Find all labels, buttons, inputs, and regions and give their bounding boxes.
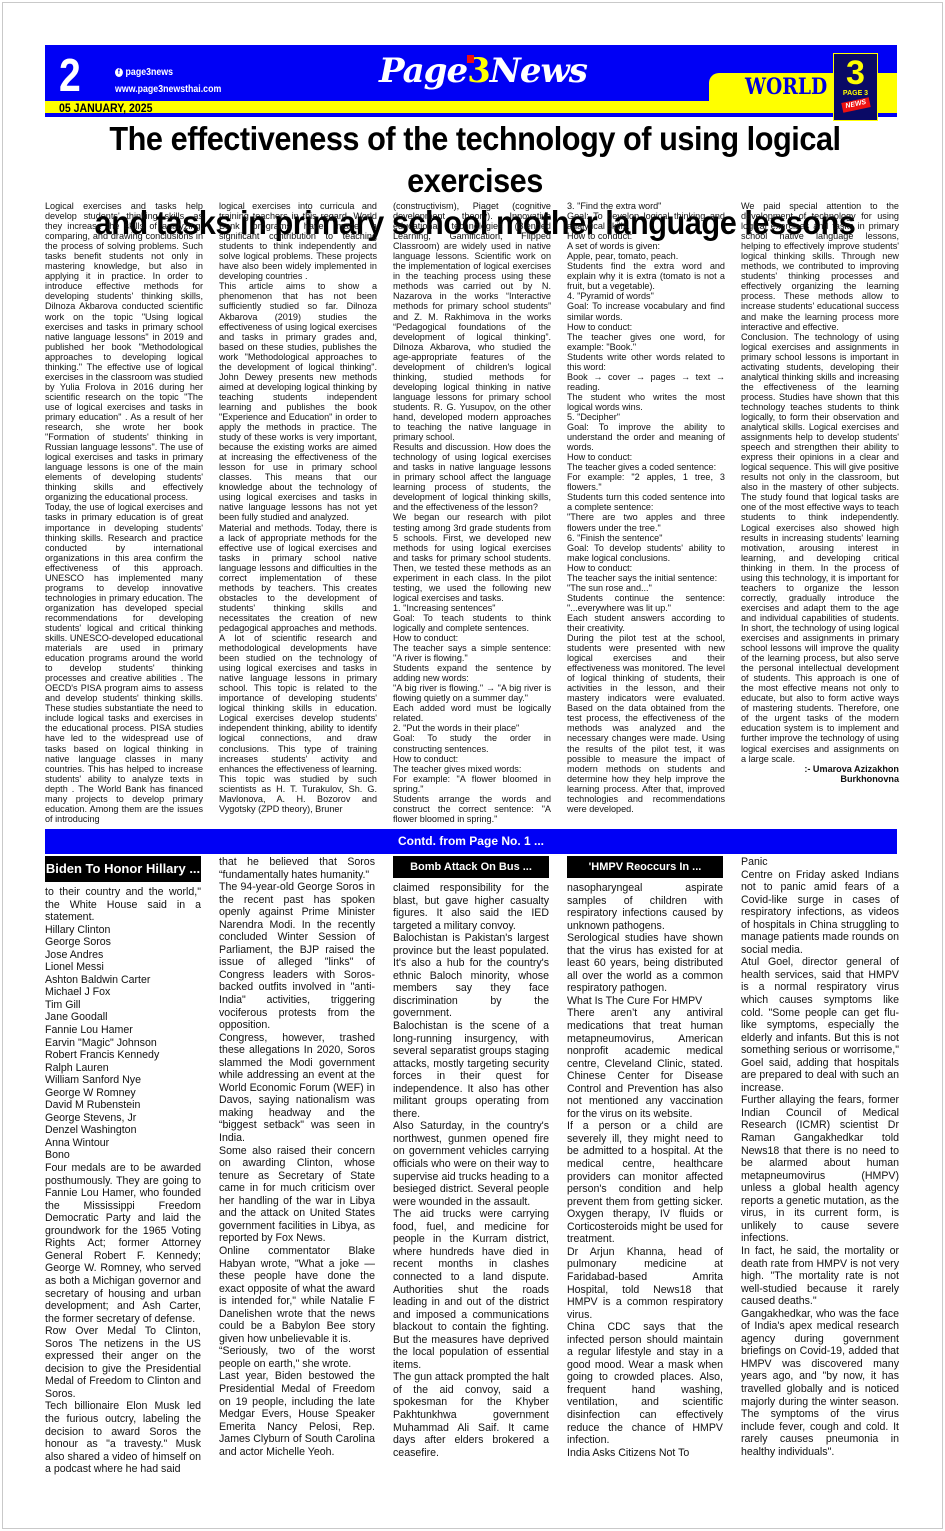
paragraph: For example: "A flower bloomed in spring…: [393, 774, 551, 794]
honoree: William Sanford Nye: [45, 1074, 201, 1087]
headline-line-1: The effectiveness of the technology of u…: [109, 120, 840, 199]
paragraph: Tech billionaire Elon Musk led the furio…: [45, 1400, 201, 1475]
honoree: Lionel Messi: [45, 961, 201, 974]
paragraph: Goal: To develop students' ability to ma…: [567, 543, 725, 563]
paragraph: Goal: To develop logical thinking and an…: [567, 211, 725, 231]
paragraph: Goal: To study the order in constructing…: [393, 733, 551, 753]
byline-name: :- Umarova Azizakhon: [741, 764, 899, 774]
paragraph: The 94-year-old George Soros in the rece…: [219, 881, 375, 1032]
paragraph: Students expand the sentence by adding n…: [393, 663, 551, 683]
paragraph: How to conduct:: [567, 322, 725, 332]
continued-stories: Biden To Honor Hillary ... to their coun…: [45, 856, 903, 1516]
paragraph: Balochistan is the scene of a long-runni…: [393, 1020, 549, 1120]
page-number: 2: [59, 49, 81, 101]
paragraph: A set of words is given:: [567, 241, 725, 251]
paragraph: Goal: To teach students to think logical…: [393, 613, 551, 633]
paragraph: Congress, however, trashed these allegat…: [219, 1032, 375, 1145]
paragraph: 4. "Pyramid of words": [567, 291, 725, 301]
paragraph: logical exercises into curricula and tra…: [219, 201, 377, 281]
honoree: Ralph Lauren: [45, 1062, 201, 1075]
paragraph: "There are two apples and three flowers …: [567, 512, 725, 532]
paragraph: Dr Arjun Khanna, head of pulmonary medic…: [567, 1246, 723, 1321]
paragraph: Goal: To increase vocabulary and find si…: [567, 301, 725, 321]
subheading: Panic: [741, 856, 899, 869]
paragraph: that he believed that Soros “fundamental…: [219, 856, 375, 881]
paragraph: Four medals are to be awarded posthumous…: [45, 1162, 201, 1325]
paragraph: The student who writes the most logical …: [567, 392, 725, 412]
paragraph: If a person or a child are severely ill,…: [567, 1120, 723, 1245]
paragraph: How to conduct:: [393, 633, 551, 643]
hmpv-story-kicker[interactable]: 'HMPV Reoccurs In ...: [567, 856, 723, 878]
paragraph: “Seriously, two of the worst people on e…: [219, 1345, 375, 1370]
paragraph: 3. "Find the extra word": [567, 201, 725, 211]
paragraph: Centre on Friday asked Indians not to pa…: [741, 869, 899, 957]
paragraph: Logical exercises and tasks help develop…: [45, 201, 203, 502]
biden-story-column-1: Biden To Honor Hillary ... to their coun…: [45, 856, 201, 1476]
masthead: 2 fpage3news www.page3newsthai.com 05 JA…: [45, 45, 897, 117]
paragraph: Students find the extra word and explain…: [567, 261, 725, 291]
paragraph: nasopharyngeal aspirate samples of child…: [567, 882, 723, 932]
paragraph: How to conduct:: [567, 563, 725, 573]
paragraph: Book → cover → pages → text → reading.: [567, 372, 725, 392]
article-column-5: We paid special attention to the develop…: [741, 201, 899, 784]
paragraph: How to conduct:: [393, 754, 551, 764]
paragraph: The teacher says a simple sentence: "A r…: [393, 643, 551, 663]
paragraph: 1. "Increasing sentences": [393, 603, 551, 613]
badge-text: PAGE 3: [834, 90, 877, 97]
honoree: Fannie Lou Hamer: [45, 1024, 201, 1037]
paragraph: In fact, he said, the mortality or death…: [741, 1245, 899, 1308]
bomb-story-column: Bomb Attack On Bus ... claimed responsib…: [393, 856, 549, 1459]
logo-part2: News: [490, 51, 587, 91]
honoree: David M Rubenstein: [45, 1099, 201, 1112]
paragraph: The teacher gives mixed words:: [393, 764, 551, 774]
article-body: Logical exercises and tasks help develop…: [45, 201, 903, 826]
paragraph: (constructivism), Piaget (cognitive deve…: [393, 201, 551, 442]
section-label: WORLD: [745, 72, 827, 102]
paragraph: claimed responsibility for the blast, bu…: [393, 882, 549, 932]
paragraph: 5. "Decipher": [567, 412, 725, 422]
logo-three: 3: [467, 51, 490, 91]
hmpv-story-column-1: 'HMPV Reoccurs In ... nasopharyngeal asp…: [567, 856, 723, 1459]
bomb-story-kicker[interactable]: Bomb Attack On Bus ...: [393, 856, 549, 878]
honoree: George Stevens, Jr: [45, 1112, 201, 1125]
paragraph: 2. "Put the words in their place": [393, 723, 551, 733]
paragraph: Each student answers according to their …: [567, 613, 725, 633]
paragraph: Students continue the sentence: "...ever…: [567, 593, 725, 613]
paragraph: Material and methods. Today, there is a …: [219, 523, 377, 814]
article-column-3: (constructivism), Piaget (cognitive deve…: [393, 201, 551, 824]
paragraph: Last year, Biden bestowed the Presidenti…: [219, 1370, 375, 1458]
paragraph: "The sun rose and...": [567, 583, 725, 593]
honoree: Robert Francis Kennedy: [45, 1049, 201, 1062]
article-column-1: Logical exercises and tasks help develop…: [45, 201, 203, 824]
paragraph: There aren’t any antiviral medications t…: [567, 1007, 723, 1120]
paragraph: During the pilot test at the school, stu…: [567, 633, 725, 814]
honoree: Earvin "Magic" Johnson: [45, 1037, 201, 1050]
issue-date: 05 JANUARY, 2025: [59, 101, 153, 115]
paragraph: Some also raised their concern on awardi…: [219, 1145, 375, 1245]
honoree: Hillary Clinton: [45, 924, 201, 937]
article-column-4: 3. "Find the extra word" Goal: To develo…: [567, 201, 725, 814]
honoree: Michael J Fox: [45, 986, 201, 999]
badge-news: NEWS: [841, 97, 870, 113]
honoree: Bono: [45, 1149, 201, 1162]
social-handle[interactable]: fpage3news: [115, 67, 173, 78]
honoree: Anna Wintour: [45, 1137, 201, 1150]
paragraph: Atul Goel, director general of health se…: [741, 956, 899, 1094]
social-handle-text: page3news: [126, 67, 173, 78]
website-link[interactable]: www.page3newsthai.com: [115, 84, 221, 95]
newspaper-logo[interactable]: Page3News: [379, 49, 587, 93]
paragraph: Students turn this coded sentence into a…: [567, 492, 725, 512]
paragraph: to their country and the world," the Whi…: [45, 886, 201, 924]
paragraph: Row Over Medal To Clinton, Soros The net…: [45, 1325, 201, 1400]
paragraph: We began our research with pilot testing…: [393, 512, 551, 602]
continued-from-page-banner: Contd. from Page No. 1 ...: [45, 829, 897, 854]
paragraph: Goal: To improve the ability to understa…: [567, 422, 725, 452]
byline-surname: Burkhonovna: [741, 774, 899, 784]
paragraph: "A big river is flowing." → "A big river…: [393, 683, 551, 703]
subheading: India Asks Citizens Not To: [567, 1447, 723, 1460]
paragraph: The teacher gives a coded sentence:: [567, 462, 725, 472]
article-column-2: logical exercises into curricula and tra…: [219, 201, 377, 814]
biden-story-kicker[interactable]: Biden To Honor Hillary ...: [45, 856, 201, 882]
paragraph: Conclusion. The technology of using logi…: [741, 332, 899, 764]
honoree: Tim Gill: [45, 999, 201, 1012]
paragraph: How to conduct:: [567, 231, 725, 241]
paragraph: Students arrange the words and construct…: [393, 794, 551, 824]
honoree: Denzel Washington: [45, 1124, 201, 1137]
paragraph: Today, the use of logical exercises and …: [45, 502, 203, 824]
facebook-icon: f: [115, 68, 123, 77]
honoree: George Soros: [45, 936, 201, 949]
paragraph: Further allaying the fears, former India…: [741, 1094, 899, 1245]
logo-part1: Page: [379, 51, 467, 91]
paragraph: The teacher gives one word, for example:…: [567, 332, 725, 352]
paragraph: The teacher says the initial sentence:: [567, 573, 725, 583]
honoree: Jane Goodall: [45, 1011, 201, 1024]
paragraph: Also Saturday, in the country's northwes…: [393, 1120, 549, 1208]
masthead-bottom-rule: [45, 113, 897, 117]
honoree: Jose Andres: [45, 949, 201, 962]
paragraph: For example: "2 apples, 1 tree, 3 flower…: [567, 472, 725, 492]
biden-story-column-2: that he believed that Soros “fundamental…: [219, 856, 375, 1458]
paragraph: How to conduct:: [567, 452, 725, 462]
paragraph: We paid special attention to the develop…: [741, 201, 899, 332]
paragraph: Apple, pear, tomato, peach.: [567, 251, 725, 261]
paragraph: The gun attack prompted the halt of the …: [393, 1371, 549, 1459]
page3-badge-logo: 3 PAGE 3 NEWS: [833, 53, 878, 121]
paragraph: Serological studies have shown that the …: [567, 932, 723, 995]
hmpv-story-column-2: Panic Centre on Friday asked Indians not…: [741, 856, 899, 1458]
paragraph: Gangakhedkar, who was the face of India'…: [741, 1308, 899, 1459]
paragraph: Online commentator Blake Habyan wrote, "…: [219, 1245, 375, 1345]
subheading: What Is The Cure For HMPV: [567, 995, 723, 1008]
honoree: Ashton Baldwin Carter: [45, 974, 201, 987]
paragraph: 6. "Finish the sentence": [567, 533, 725, 543]
paragraph: Results and discussion. How does the tec…: [393, 442, 551, 512]
badge-number: 3: [834, 56, 877, 90]
honoree: George W Romney: [45, 1087, 201, 1100]
paragraph: This article aims to show a phenomenon t…: [219, 281, 377, 522]
paragraph: Each added word must be logically relate…: [393, 703, 551, 723]
paragraph: China CDC says that the infected person …: [567, 1321, 723, 1446]
paragraph: Students write other words related to th…: [567, 352, 725, 372]
paragraph: Balochistan is Pakistan's largest provin…: [393, 932, 549, 1020]
paragraph: The aid trucks were carrying food, fuel,…: [393, 1208, 549, 1371]
